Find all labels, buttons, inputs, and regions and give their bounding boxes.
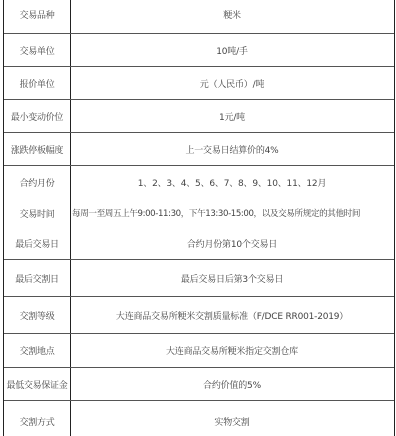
table-row: 交割等级 大连商品交易所粳米交割质量标准（F/DCE RR001-2019） [4,297,394,334]
row-value: 最后交易日后第3个交易日 [70,260,394,296]
table-row: 最后交割日 最后交易日后第3个交易日 [4,260,394,297]
row-value: 合约价值的5% [70,368,394,400]
row-label: 涨跌停板幅度 [4,133,70,165]
row-label: 合约月份 [4,166,70,198]
table-row: 最后交易日 合约月份第10个交易日 [4,228,394,260]
row-label: 最后交割日 [4,260,70,296]
row-value: 粳米 [70,0,394,33]
row-label: 最小变动价位 [4,100,70,132]
row-value: 实物交割 [70,401,394,436]
row-label: 交易单位 [4,34,70,66]
row-value: 合约月份第10个交易日 [70,228,394,259]
row-label: 交割地点 [4,334,70,367]
table-row: 报价单位 元（人民币）/吨 [4,67,394,100]
row-value: 上一交易日结算价的4% [70,133,394,165]
row-value: 大连商品交易所粳米交割质量标准（F/DCE RR001-2019） [70,297,394,333]
row-value: 大连商品交易所粳米指定交割仓库 [70,334,394,367]
row-label: 报价单位 [4,67,70,99]
table-row: 合约月份 1、2、3、4、5、6、7、8、9、10、11、12月 [4,166,394,198]
row-label: 最后交易日 [4,228,70,259]
table-row: 最小变动价位 1元/吨 [4,100,394,133]
row-label: 交割方式 [4,401,70,436]
row-label: 交割等级 [4,297,70,333]
row-value: 每周一至周五上午9:00-11:30，下午13:30-15:00，以及交易所规定… [70,198,394,228]
table-row: 交易单位 10吨/手 [4,34,394,67]
table-row: 交易时间 每周一至周五上午9:00-11:30，下午13:30-15:00，以及… [4,198,394,228]
contract-spec-table: 交易品种 粳米 交易单位 10吨/手 报价单位 元（人民币）/吨 最小变动价位 … [3,0,395,436]
row-label: 最低交易保证金 [4,368,70,400]
table-row: 交割方式 实物交割 [4,401,394,436]
row-label: 交易时间 [4,198,70,228]
row-value: 1元/吨 [70,100,394,132]
table-row: 交割地点 大连商品交易所粳米指定交割仓库 [4,334,394,368]
row-value: 1、2、3、4、5、6、7、8、9、10、11、12月 [70,166,394,198]
row-value: 元（人民币）/吨 [70,67,394,99]
table-row: 最低交易保证金 合约价值的5% [4,368,394,401]
table-row: 交易品种 粳米 [4,0,394,34]
row-value: 10吨/手 [70,34,394,66]
row-label: 交易品种 [4,0,70,33]
table-row: 涨跌停板幅度 上一交易日结算价的4% [4,133,394,166]
